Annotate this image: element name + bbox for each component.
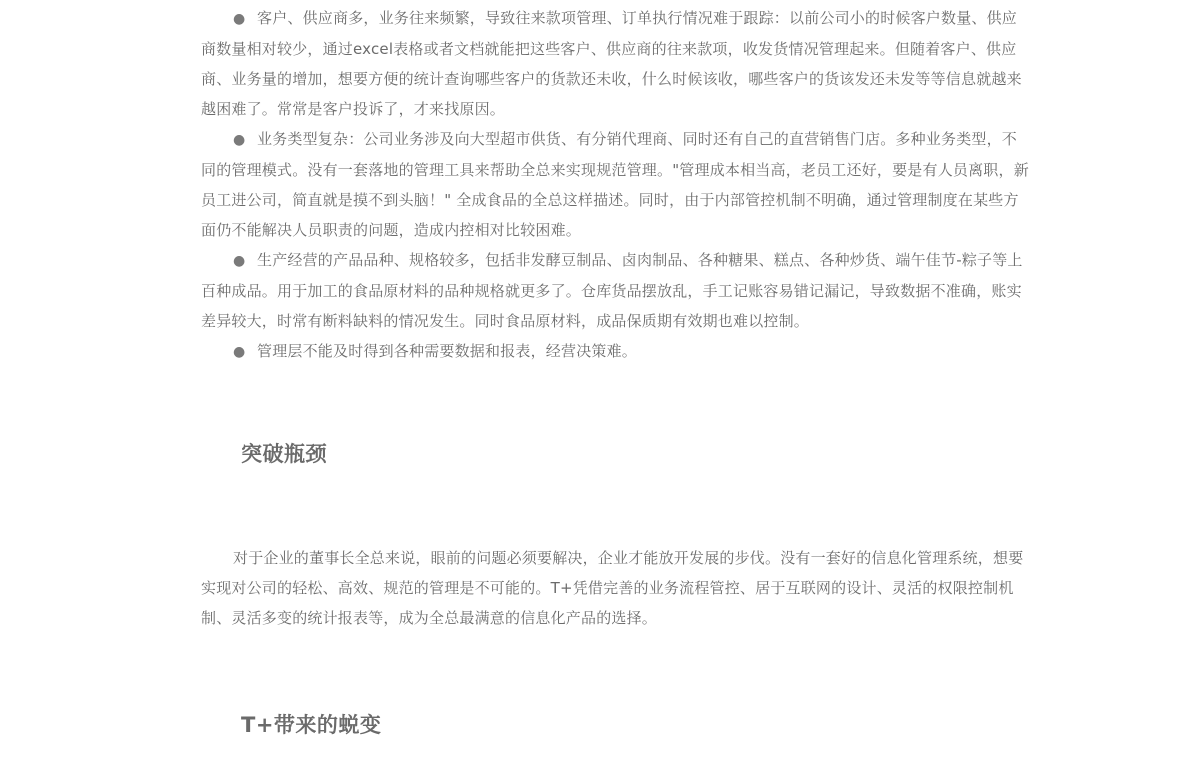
breakthrough-section: 对于企业的董事长全总来说，眼前的问题必须要解决，企业才能放开发展的步伐。没有一套… <box>201 543 1031 633</box>
list-item: ●业务类型复杂：公司业务涉及向大型超市供货、有分销代理商、同时还有自己的直营销售… <box>201 124 1031 245</box>
bullet-icon: ● <box>233 246 243 276</box>
breakthrough-paragraph: 对于企业的董事长全总来说，眼前的问题必须要解决，企业才能放开发展的步伐。没有一套… <box>201 543 1031 633</box>
problem-list: ●客户、供应商多，业务往来频繁，导致往来款项管理、订单执行情况难于跟踪：以前公司… <box>201 3 1031 367</box>
list-item: ●生产经营的产品品种、规格较多，包括非发酵豆制品、卤肉制品、各种糖果、糕点、各种… <box>201 245 1031 336</box>
list-item-text: 管理层不能及时得到各种需要数据和报表，经营决策难。 <box>257 342 637 360</box>
bullet-icon: ● <box>233 125 243 155</box>
list-item: ●管理层不能及时得到各种需要数据和报表，经营决策难。 <box>201 336 1031 367</box>
bullet-icon: ● <box>233 4 243 34</box>
list-item-text: 业务类型复杂：公司业务涉及向大型超市供货、有分销代理商、同时还有自己的直营销售门… <box>201 130 1029 239</box>
section-heading-breakthrough: 突破瓶颈 <box>201 438 327 468</box>
section-heading-change: T+带来的蜕变 <box>201 709 381 739</box>
list-item-text: 客户、供应商多，业务往来频繁，导致往来款项管理、订单执行情况难于跟踪：以前公司小… <box>201 9 1022 118</box>
list-item-text: 生产经营的产品品种、规格较多，包括非发酵豆制品、卤肉制品、各种糖果、糕点、各种炒… <box>201 251 1023 330</box>
list-item: ●客户、供应商多，业务往来频繁，导致往来款项管理、订单执行情况难于跟踪：以前公司… <box>201 3 1031 124</box>
bullet-icon: ● <box>233 337 243 367</box>
